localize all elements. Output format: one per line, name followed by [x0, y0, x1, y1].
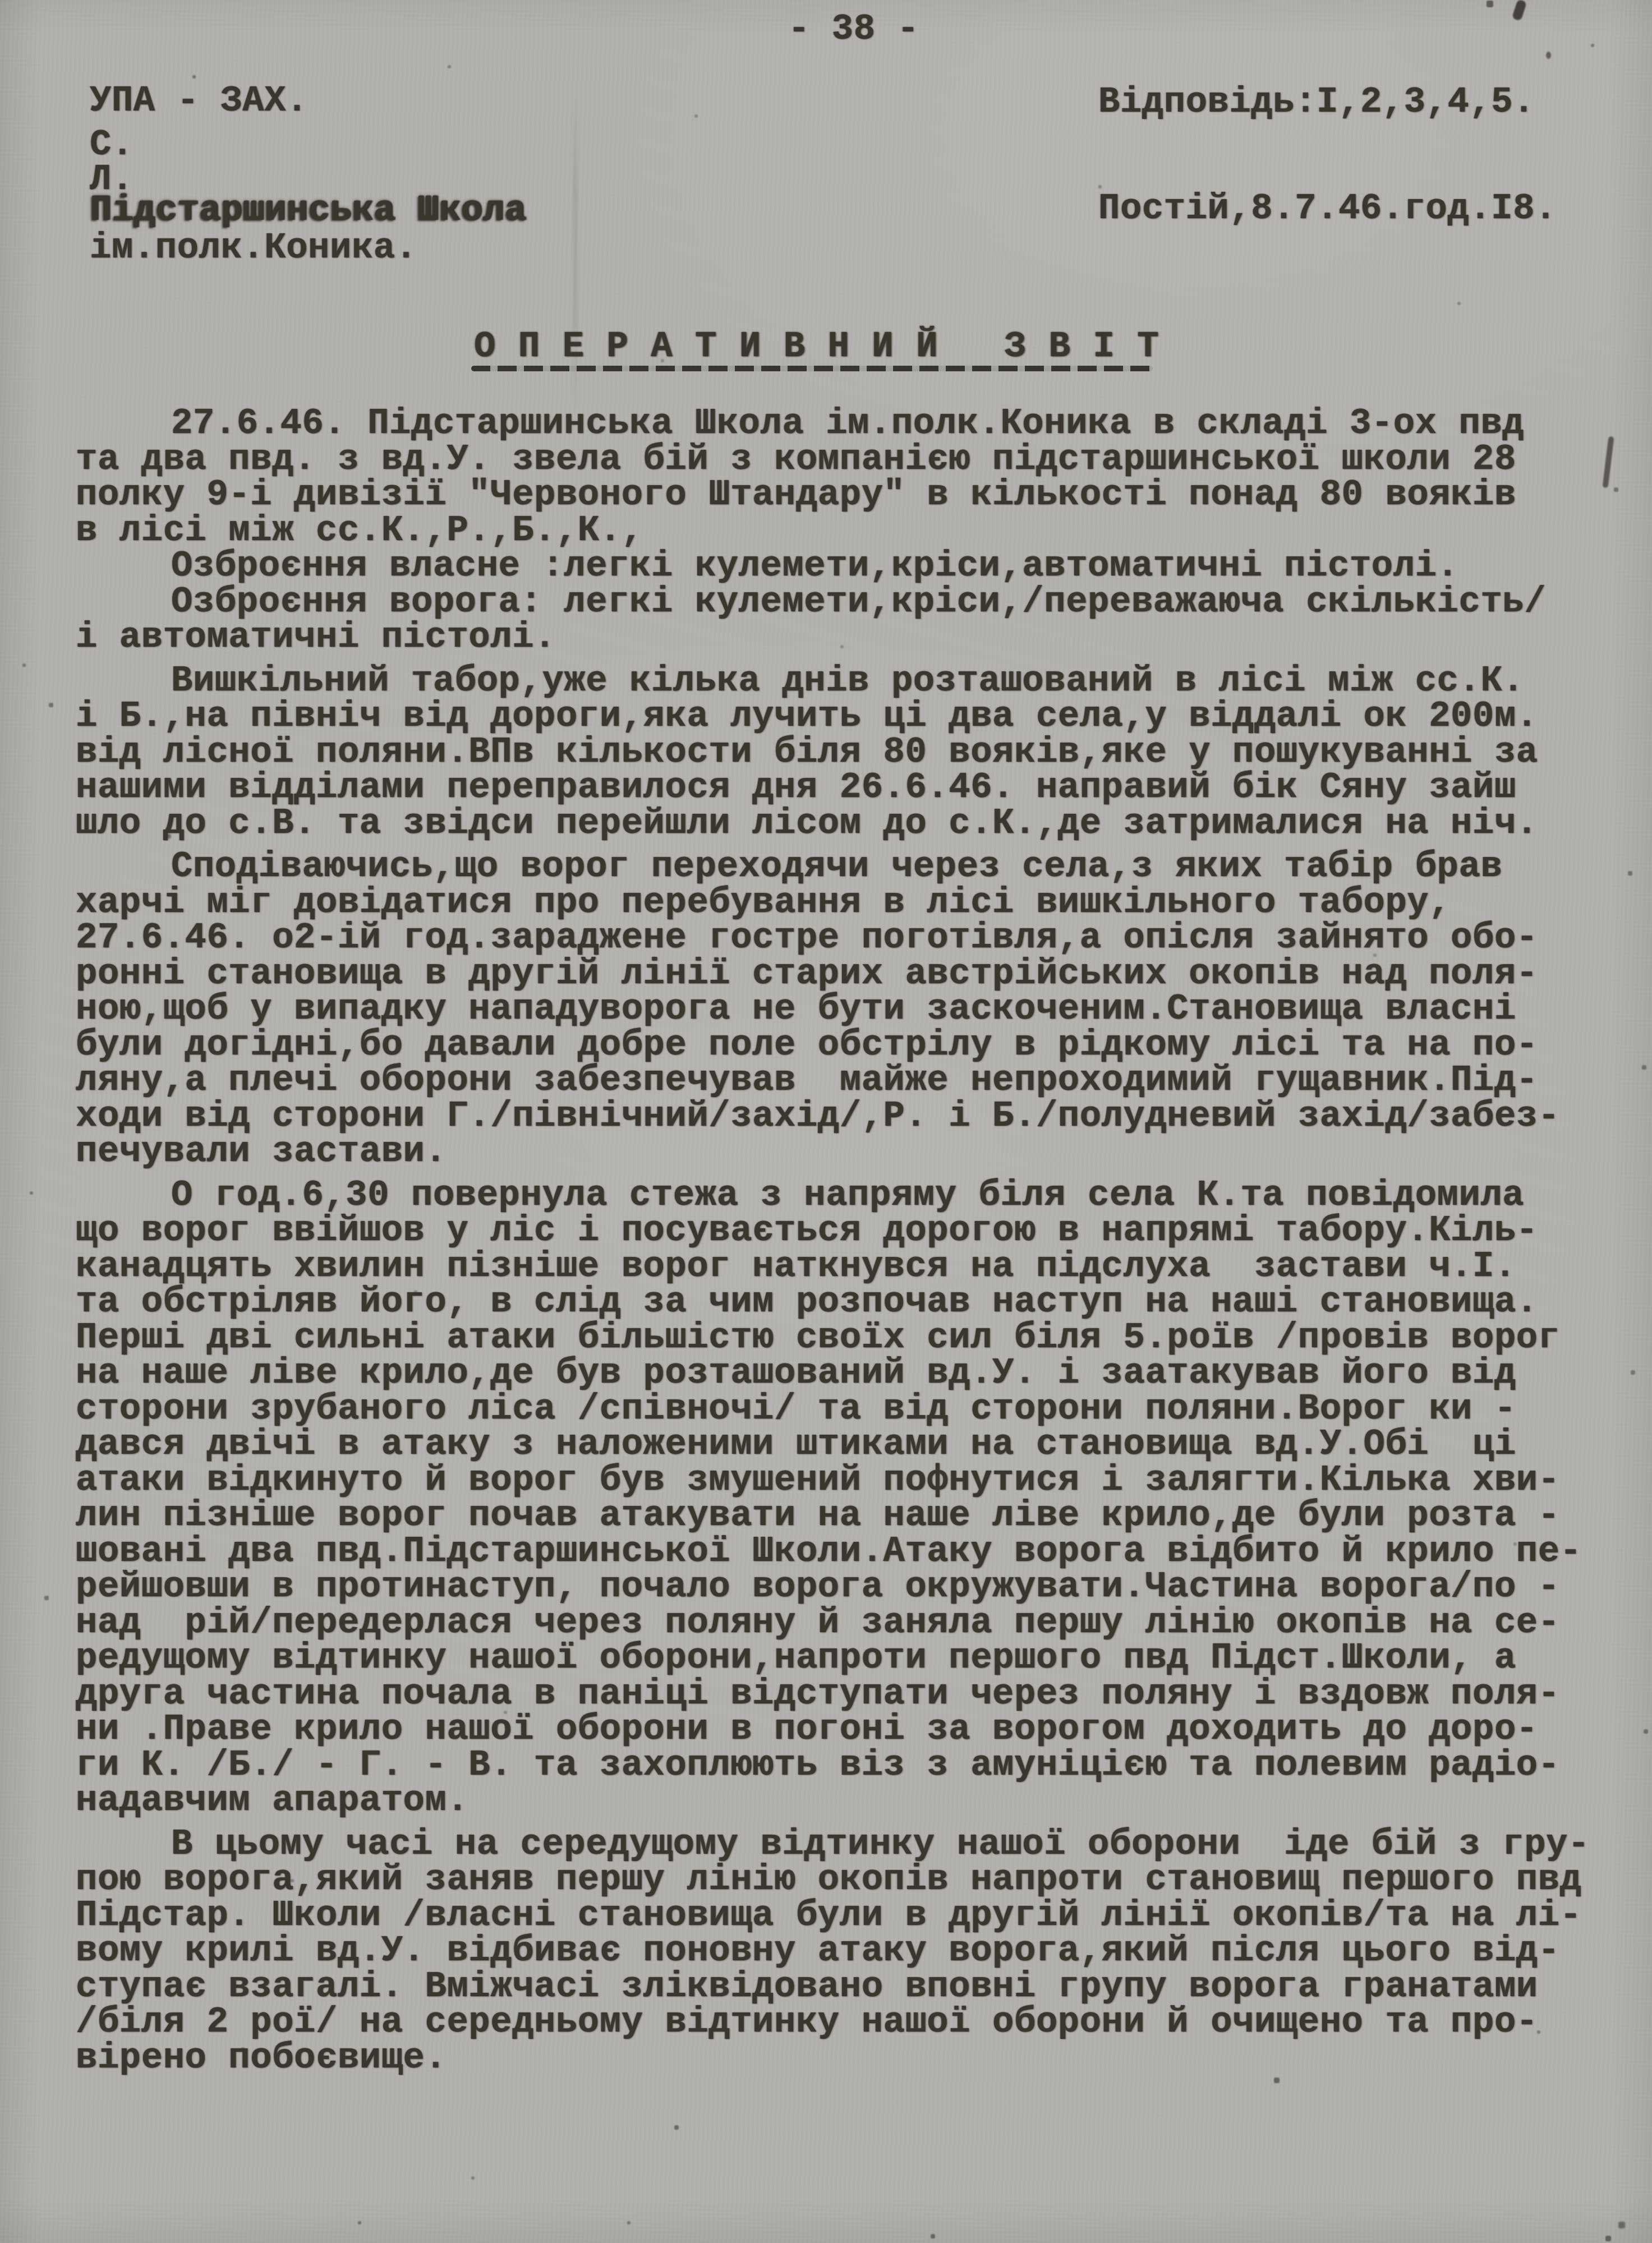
- document-body: 27.6.46. Підстаршинська Школа ім.полк.Ко…: [76, 407, 1641, 2076]
- text-line: канадцять хвилин пізніше ворог наткнувся…: [76, 1250, 1641, 1286]
- text-line: харчі міг довідатися про перебування в л…: [76, 886, 1641, 922]
- scan-noise-specks: [0, 0, 1, 1]
- text-line: шовані два пвд.Підстаршинської Школи.Ата…: [76, 1535, 1641, 1570]
- text-line: надавчим апаратом.: [76, 1784, 1641, 1820]
- text-line: та два пвд. з вд.У. звела бій з компаніє…: [76, 443, 1641, 478]
- text-line: друга частина почала в паніці відступати…: [76, 1677, 1641, 1713]
- text-line: вірено побоєвище.: [76, 2041, 1641, 2077]
- text-line: в лісі між сс.К.,Р.,Б.,К.,: [76, 514, 1641, 550]
- text-line: шло до с.В. та звідси перейшли лісом до …: [76, 807, 1641, 842]
- header-org-name: УПА - ЗАХ.: [90, 84, 308, 120]
- text-line: печували застави.: [76, 1135, 1641, 1171]
- text-line: і автоматичні пістолі.: [76, 620, 1641, 656]
- text-line: пою ворога,який заняв першу лінію окопів…: [76, 1863, 1641, 1899]
- title-underline: [471, 366, 1153, 371]
- text-line: редущому відтинку нашої оборони,напроти …: [76, 1641, 1641, 1677]
- paragraph: Вишкільний табор,уже кілька днів розташо…: [76, 664, 1641, 842]
- text-line: /біля 2 рої/ на середньому відтинку нашо…: [76, 2005, 1641, 2041]
- page-number: - 38 -: [788, 12, 919, 48]
- header-code-c: С.: [90, 128, 134, 164]
- paragraph: Озброєння ворога: легкі кулемети,кріси,/…: [76, 585, 1641, 656]
- paragraph: В цьому часі на середущому відтинку нашо…: [76, 1827, 1641, 2077]
- text-line: 27.6.46. о2-ій год.зараджене гостре пого…: [76, 921, 1641, 957]
- text-line: Сподіваючись,що ворог переходячи через с…: [76, 850, 1641, 886]
- text-line: Перші дві сильні атаки більшістю своїх с…: [76, 1321, 1641, 1357]
- ink-dot-top-right: [1546, 52, 1551, 59]
- text-line: ходи від сторони Г./північний/захід/,Р. …: [76, 1099, 1641, 1135]
- text-line: на наше ліве крило,де був розташований в…: [76, 1356, 1641, 1392]
- text-line: лин пізніше ворог почав атакувати на наш…: [76, 1499, 1641, 1535]
- text-line: Озброєння ворога: легкі кулемети,кріси,/…: [76, 585, 1641, 621]
- text-line: ступає взагалі. Вміжчасі зліквідовано вп…: [76, 1970, 1641, 2006]
- header-station-date: Постій,8.7.46.год.І8.: [1098, 192, 1557, 228]
- scanned-document-page: - 38 - УПА - ЗАХ. С. Л. Підстаршинська Ш…: [0, 0, 1652, 2243]
- header-school-name: Підстаршинська Школа: [90, 194, 526, 229]
- text-line: атаки відкинуто й ворог був змушений поф…: [76, 1463, 1641, 1499]
- text-line: сторони зрубаного ліса /співночі/ та від…: [76, 1392, 1641, 1428]
- text-line: вому крилі вд.У. відбиває поновну атаку …: [76, 1934, 1641, 1970]
- text-line: ги К. /Б./ - Г. - В. та захоплюють віз з…: [76, 1748, 1641, 1784]
- text-line: над рій/передерлася через поляну й занял…: [76, 1606, 1641, 1642]
- text-line: О год.6,30 повернула стежа з напряму біл…: [76, 1178, 1641, 1214]
- text-line: ною,щоб у випадку нападуворога не бути з…: [76, 992, 1641, 1028]
- text-line: Вишкільний табор,уже кілька днів розташо…: [76, 664, 1641, 700]
- text-line: від лісної поляни.ВПв кількости біля 80 …: [76, 735, 1641, 771]
- text-line: рейшовши в протинаступ, почало ворога ок…: [76, 1570, 1641, 1606]
- text-line: Підстар. Школи /власні становища були в …: [76, 1899, 1641, 1935]
- text-line: були догідні,бо давали добре поле обстрі…: [76, 1028, 1641, 1064]
- text-line: і Б.,на північ від дороги,яка лучить ці …: [76, 699, 1641, 735]
- header-reply-reference: Відповідь:І,2,3,4,5.: [1098, 85, 1535, 121]
- paragraph: О год.6,30 повернула стежа з напряму біл…: [76, 1178, 1641, 1820]
- paragraph: Сподіваючись,що ворог переходячи через с…: [76, 850, 1641, 1171]
- text-line: що ворог ввійшов у ліс і посувається дор…: [76, 1214, 1641, 1250]
- text-line: та обстріляв його, в слід за чим розпоча…: [76, 1285, 1641, 1321]
- report-title: О П Е Р А Т И В Н И Й З В І Т: [474, 330, 1159, 366]
- text-line: В цьому часі на середущому відтинку нашо…: [76, 1827, 1641, 1863]
- text-line: ляну,а плечі оборони забезпечував майже …: [76, 1063, 1641, 1099]
- paragraph: Озброєння власне :легкі кулемети,кріси,а…: [76, 549, 1641, 585]
- text-line: ронні становища в другій лінії старих ав…: [76, 957, 1641, 993]
- text-line: нашими відділами переправилося дня 26.6.…: [76, 771, 1641, 807]
- paragraph: 27.6.46. Підстаршинська Школа ім.полк.Ко…: [76, 407, 1641, 549]
- text-line: полку 9-і дивізії "Червоного Штандару" в…: [76, 478, 1641, 514]
- text-line: Озброєння власне :легкі кулемети,кріси,а…: [76, 549, 1641, 585]
- text-line: 27.6.46. Підстаршинська Школа ім.полк.Ко…: [76, 407, 1641, 443]
- header-school-patron: ім.полк.Коника.: [90, 231, 417, 267]
- ink-blot-top-right: [1512, 0, 1527, 21]
- text-line: ни .Праве крило нашої оборони в погоні з…: [76, 1712, 1641, 1748]
- text-line: дався двічі в атаку з наложеними штиками…: [76, 1427, 1641, 1463]
